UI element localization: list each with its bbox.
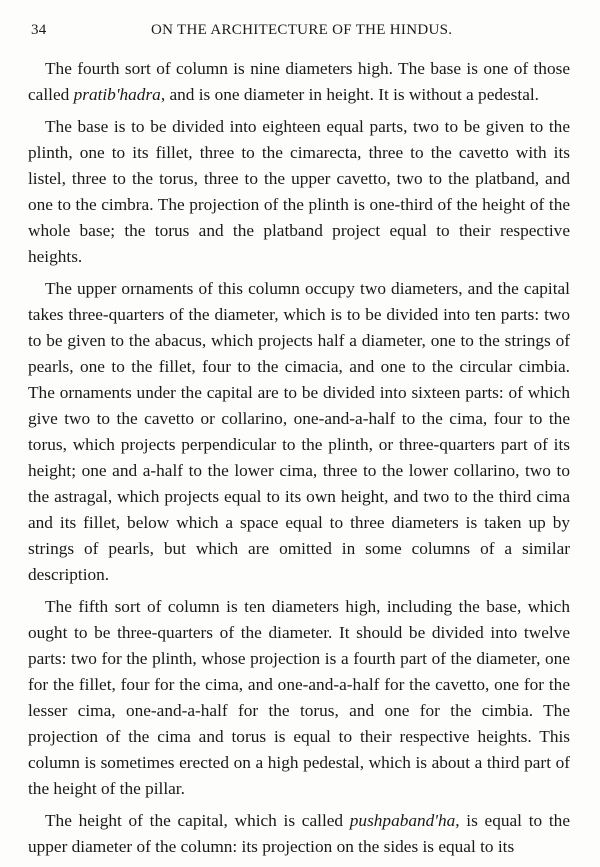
paragraph-fourth-column: The fourth sort of column is nine diamet… bbox=[28, 56, 570, 108]
paragraph-fifth-column: The fifth sort of column is ten diameter… bbox=[28, 594, 570, 802]
page-number: 34 bbox=[31, 22, 46, 39]
paragraph-base-division: The base is to be divided into eighteen … bbox=[28, 114, 570, 270]
body-text: The fourth sort of column is nine diamet… bbox=[28, 56, 570, 866]
paragraph-upper-ornaments: The upper ornaments of this column occup… bbox=[28, 276, 570, 588]
paragraph-capital-height: The height of the capital, which is call… bbox=[28, 808, 570, 860]
paragraph-text: The height of the capital, which is call… bbox=[45, 811, 350, 830]
term-pushpabandha: pushpaband'ha bbox=[350, 811, 455, 830]
term-pratibhadra: pratib'hadra bbox=[74, 85, 161, 104]
running-title: ON THE ARCHITECTURE OF THE HINDUS. bbox=[151, 22, 452, 39]
paragraph-text: , and is one diameter in height. It is w… bbox=[161, 85, 539, 104]
running-header: 34 ON THE ARCHITECTURE OF THE HINDUS. bbox=[31, 22, 571, 46]
